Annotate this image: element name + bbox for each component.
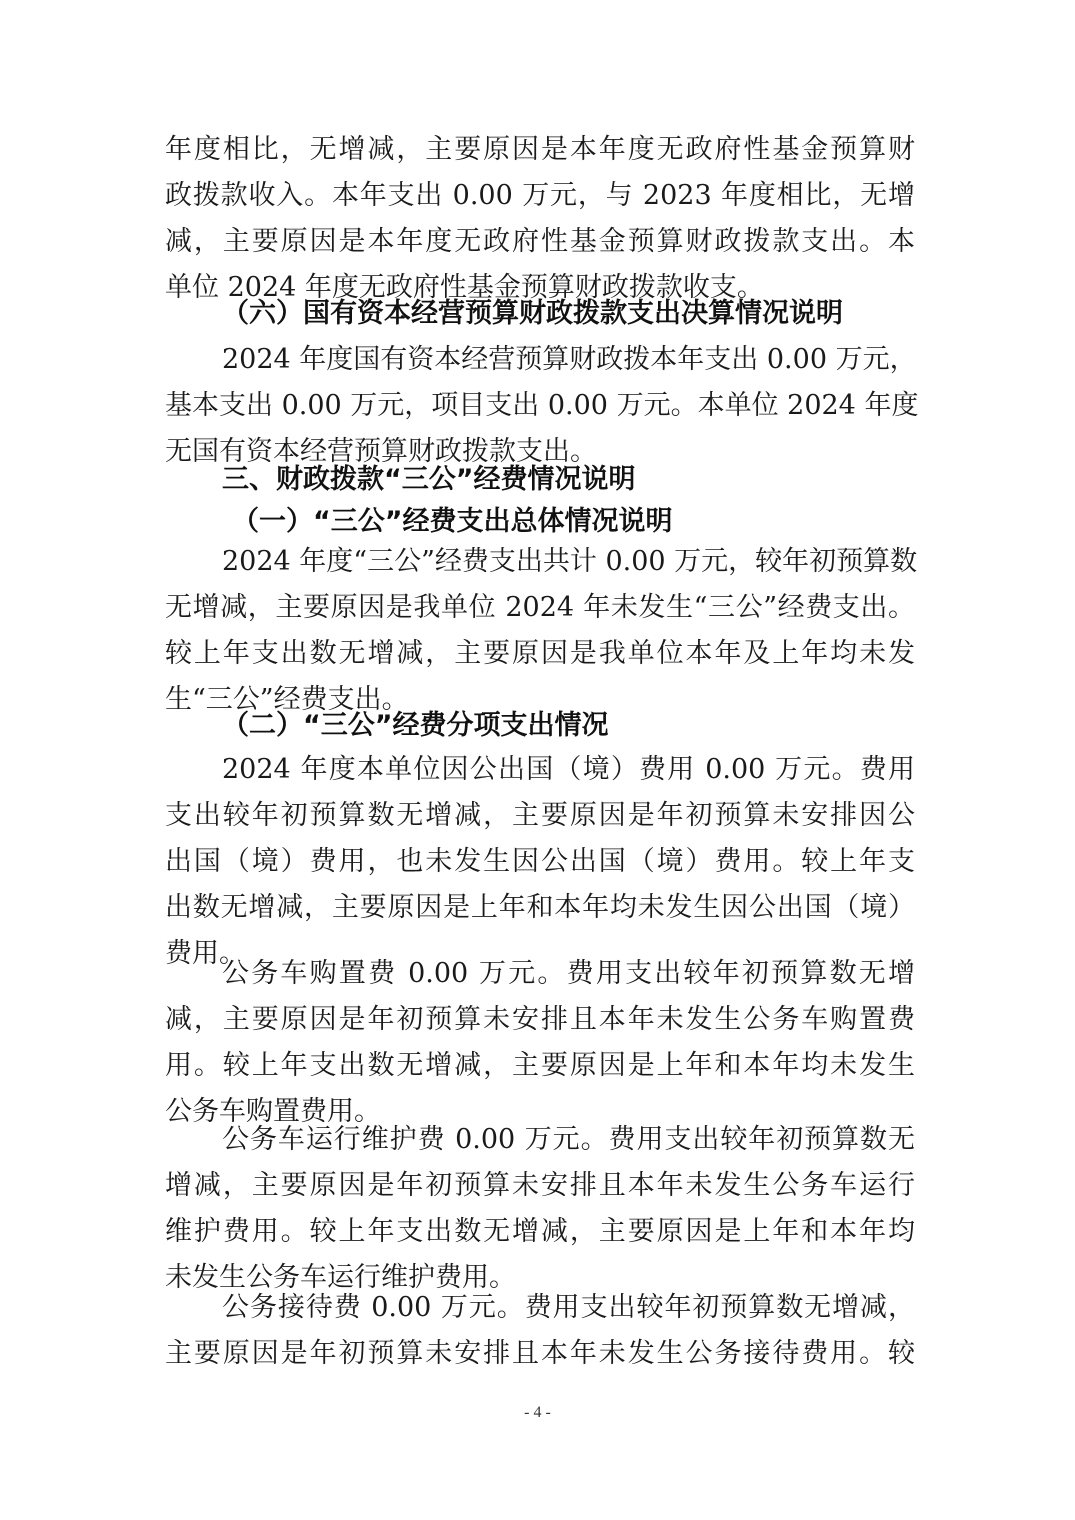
document-page: 年度相比，无增减，主要原因是本年度无政府性基金预算财 政拨款收入。本年支出 0.… <box>0 0 1075 1520</box>
paragraph-line: 增减，主要原因是年初预算未安排且本年未发生公务车运行 <box>165 1164 915 1208</box>
paragraph-line: 较上年支出数无增减，主要原因是我单位本年及上年均未发 <box>165 632 915 676</box>
paragraph-line: 基本支出 0.00 万元，项目支出 0.00 万元。本单位 2024 年度 <box>165 384 915 428</box>
paragraph-line: 出国（境）费用，也未发生因公出国（境）费用。较上年支 <box>165 840 915 884</box>
paragraph-line: 2024 年度“三公”经费支出共计 0.00 万元，较年初预算数 <box>222 540 915 584</box>
subsection-heading-2: （二）“三公”经费分项支出情况 <box>222 704 609 748</box>
paragraph-line: 支出较年初预算数无增减，主要原因是年初预算未安排因公 <box>165 794 915 838</box>
section-heading-3: 三、财政拨款“三公”经费情况说明 <box>222 458 636 502</box>
section-heading-6: （六）国有资本经营预算财政拨款支出决算情况说明 <box>222 292 843 336</box>
subsection-heading-1: （一）“三公”经费支出总体情况说明 <box>232 500 673 544</box>
paragraph-line: 维护费用。较上年支出数无增减，主要原因是上年和本年均 <box>165 1210 915 1254</box>
paragraph-line: 2024 年度本单位因公出国（境）费用 0.00 万元。费用 <box>222 748 915 792</box>
paragraph-line: 出数无增减，主要原因是上年和本年均未发生因公出国（境） <box>165 886 915 930</box>
paragraph-line: 公务车运行维护费 0.00 万元。费用支出较年初预算数无 <box>222 1118 915 1162</box>
paragraph-line: 2024 年度国有资本经营预算财政拨本年支出 0.00 万元， <box>222 338 915 382</box>
paragraph-line: 减，主要原因是本年度无政府性基金预算财政拨款支出。本 <box>165 220 915 264</box>
paragraph-line: 减，主要原因是年初预算未安排且本年未发生公务车购置费 <box>165 998 915 1042</box>
paragraph-line: 主要原因是年初预算未安排且本年未发生公务接待费用。较 <box>165 1332 915 1376</box>
paragraph-line: 用。较上年支出数无增减，主要原因是上年和本年均未发生 <box>165 1044 915 1088</box>
paragraph-line: 公务接待费 0.00 万元。费用支出较年初预算数无增减， <box>222 1286 915 1330</box>
paragraph-line: 年度相比，无增减，主要原因是本年度无政府性基金预算财 <box>165 128 915 172</box>
paragraph-line: 公务车购置费 0.00 万元。费用支出较年初预算数无增 <box>222 952 915 996</box>
paragraph-line: 无增减，主要原因是我单位 2024 年未发生“三公”经费支出。 <box>165 586 915 630</box>
paragraph-line: 政拨款收入。本年支出 0.00 万元，与 2023 年度相比，无增 <box>165 174 915 218</box>
page-number: - 4 - <box>0 1404 1075 1422</box>
